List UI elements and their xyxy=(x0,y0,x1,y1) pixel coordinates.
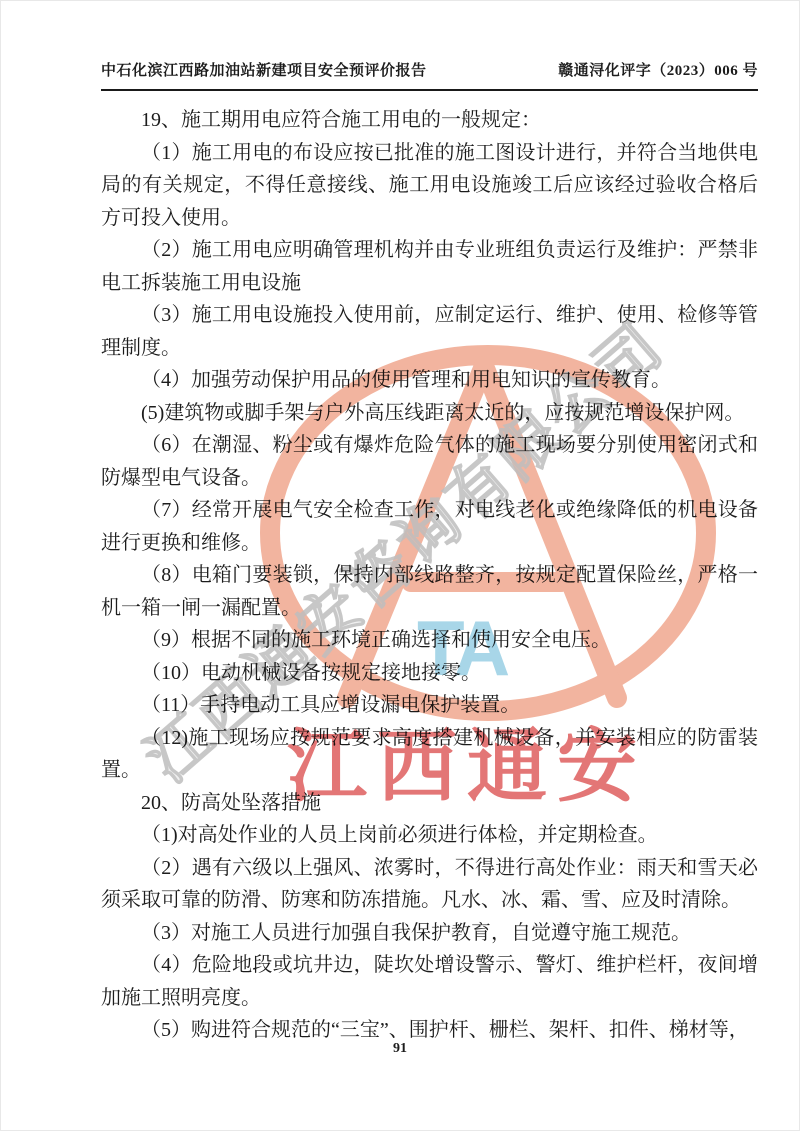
page-footer: 91 xyxy=(1,1041,799,1057)
paragraph: （11）手持电动工具应增设漏电保护装置。 xyxy=(101,689,758,722)
paragraph: （9）根据不同的施工环境正确选择和使用安全电压。 xyxy=(101,624,758,657)
paragraph: （2）施工用电应明确管理机构并由专业班组负责运行及维护：严禁非电工拆装施工用电设… xyxy=(101,234,758,299)
paragraph: 19、施工期用电应符合施工用电的一般规定： xyxy=(101,104,758,137)
paragraph: （8）电箱门要装锁，保持内部线路整齐，按规定配置保险丝，严格一机一箱一闸一漏配置… xyxy=(101,559,758,624)
page-number: 91 xyxy=(393,1041,407,1056)
paragraph: （3）施工用电设施投入使用前，应制定运行、维护、使用、检修等管理制度。 xyxy=(101,299,758,364)
header-report-title: 中石化滨江西路加油站新建项目安全预评价报告 xyxy=(101,59,427,80)
paragraph: （2）遇有六级以上强风、浓雾时，不得进行高处作业：雨天和雪天必须采取可靠的防滑、… xyxy=(101,852,758,917)
paragraph: （12)施工现场应按规范要求高度搭建机械设备，并安装相应的防雷装置。 xyxy=(101,722,758,787)
page-header: 中石化滨江西路加油站新建项目安全预评价报告 赣通浔化评字（2023）006 号 xyxy=(101,59,758,91)
paragraph: （3）对施工人员进行加强自我保护教育，自觉遵守施工规范。 xyxy=(101,917,758,950)
header-document-number: 赣通浔化评字（2023）006 号 xyxy=(558,59,758,80)
paragraph: （1)对高处作业的人员上岗前必须进行体检，并定期检查。 xyxy=(101,819,758,852)
document-body: 19、施工期用电应符合施工用电的一般规定：（1）施工用电的布设应按已批准的施工图… xyxy=(101,104,758,1047)
paragraph: （6）在潮湿、粉尘或有爆炸危险气体的施工现场要分别使用密闭式和防爆型电气设备。 xyxy=(101,429,758,494)
paragraph: （7）经常开展电气安全检查工作，对电线老化或绝缘降低的机电设备进行更换和维修。 xyxy=(101,494,758,559)
paragraph: （4）加强劳动保护用品的使用管理和用电知识的宣传教育。 xyxy=(101,364,758,397)
paragraph: （4）危险地段或坑井边，陡坎处增设警示、警灯、维护栏杆，夜间增加施工照明亮度。 xyxy=(101,949,758,1014)
paragraph: （1）施工用电的布设应按已批准的施工图设计进行，并符合当地供电局的有关规定，不得… xyxy=(101,137,758,235)
paragraph: (5)建筑物或脚手架与户外高压线距离太近的，应按规范增设保护网。 xyxy=(101,397,758,430)
paragraph: 20、防高处坠落措施 xyxy=(101,787,758,820)
document-page: 中石化滨江西路加油站新建项目安全预评价报告 赣通浔化评字（2023）006 号 … xyxy=(0,0,800,1131)
paragraph: （10）电动机械设备按规定接地接零。 xyxy=(101,657,758,690)
